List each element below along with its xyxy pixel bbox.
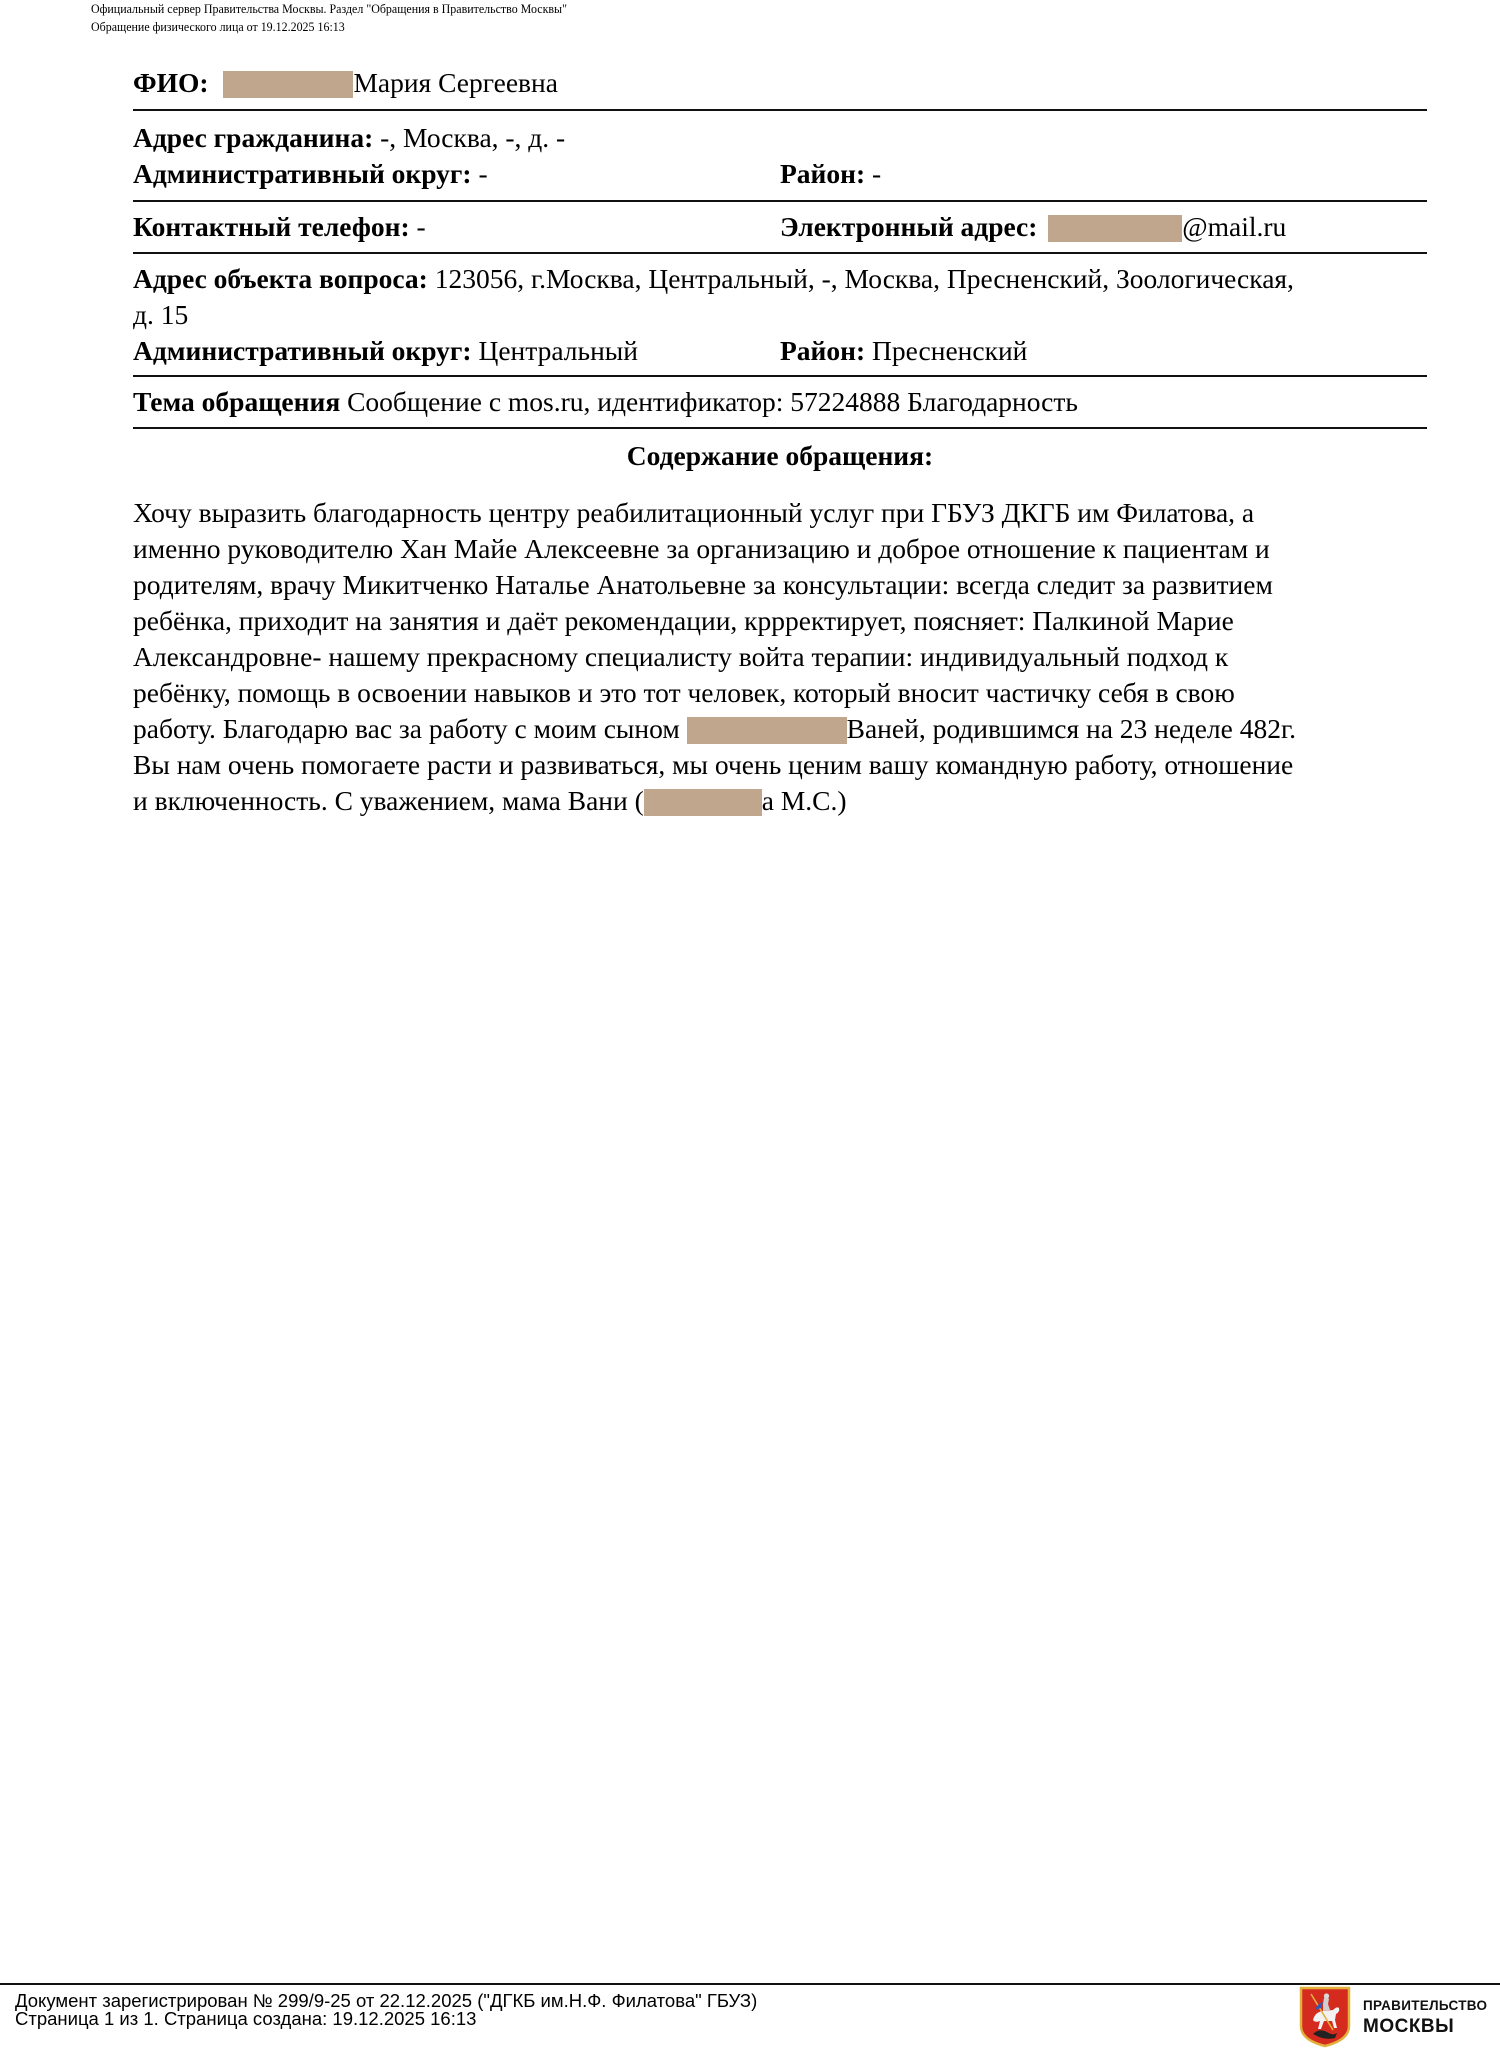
moscow-government-logo: ПРАВИТЕЛЬСТВО МОСКВЫ bbox=[1299, 1986, 1487, 2048]
text-line: работу. Благодарю вас за работу с моим с… bbox=[133, 711, 1427, 747]
topic-value: Сообщение с mos.ru, идентификатор: 57224… bbox=[340, 386, 1078, 417]
email-label: Электронный адрес: bbox=[780, 211, 1037, 242]
content-title: Содержание обращения: bbox=[133, 438, 1427, 474]
object-rayon-label: Район: bbox=[780, 335, 865, 366]
text-line: ребёнка, приходит на занятия и даёт реко… bbox=[133, 603, 1427, 639]
object-district-row: Административный округ: Центральный Райо… bbox=[133, 333, 1427, 369]
redacted-email-user bbox=[1048, 215, 1182, 242]
footer-info: Документ зарегистрирован № 299/9-25 от 2… bbox=[15, 1992, 757, 2028]
fio-row: ФИО: Мария Сергеевна bbox=[133, 65, 1427, 101]
phone-value: - bbox=[410, 211, 426, 242]
footer-divider bbox=[0, 1983, 1500, 1985]
citizen-rayon-label: Район: bbox=[780, 158, 865, 189]
document-header: Официальный сервер Правительства Москвы.… bbox=[91, 0, 608, 36]
redacted-surname bbox=[223, 71, 353, 98]
fio-value: Мария Сергеевна bbox=[353, 67, 558, 98]
object-okrug-label: Административный округ: bbox=[133, 335, 472, 366]
divider bbox=[133, 427, 1427, 429]
text-line: родителям, врачу Микитченко Наталье Анат… bbox=[133, 567, 1427, 603]
text-line: Александровне- нашему прекрасному специа… bbox=[133, 639, 1427, 675]
citizen-rayon-value: - bbox=[865, 158, 881, 189]
citizen-address-value: -, Москва, -, д. - bbox=[373, 122, 565, 153]
object-address-row-cont: д. 15 bbox=[133, 297, 1427, 333]
topic-row: Тема обращения Сообщение с mos.ru, идент… bbox=[133, 384, 1427, 420]
text-line: и включенность. С уважением, мама Вани (… bbox=[133, 783, 1427, 819]
phone-label: Контактный телефон: bbox=[133, 211, 410, 242]
object-rayon-value: Пресненский bbox=[865, 335, 1027, 366]
text-line: Хочу выразить благодарность центру реаби… bbox=[133, 495, 1427, 531]
logo-line-1: ПРАВИТЕЛЬСТВО bbox=[1363, 1996, 1487, 2016]
divider bbox=[133, 109, 1427, 111]
citizen-okrug-label: Административный округ: bbox=[133, 158, 472, 189]
header-appeal-date: Обращение физического лица от 19.12.2025… bbox=[91, 18, 567, 36]
topic-label: Тема обращения bbox=[133, 386, 340, 417]
redacted-child-surname bbox=[687, 717, 847, 744]
object-address-label: Адрес объекта вопроса: bbox=[133, 263, 428, 294]
moscow-coat-of-arms-icon bbox=[1299, 1986, 1351, 2048]
object-address-row: Адрес объекта вопроса: 123056, г.Москва,… bbox=[133, 261, 1427, 297]
citizen-address-label: Адрес гражданина: bbox=[133, 122, 373, 153]
text-line: Вы нам очень помогаете расти и развивать… bbox=[133, 747, 1427, 783]
logo-line-2: МОСКВЫ bbox=[1363, 2016, 1487, 2038]
contacts-row: Контактный телефон: - Электронный адрес:… bbox=[133, 209, 1427, 245]
divider bbox=[133, 200, 1427, 202]
divider bbox=[133, 375, 1427, 377]
citizen-district-row: Административный округ: - Район: - bbox=[133, 156, 1427, 192]
header-source: Официальный сервер Правительства Москвы.… bbox=[91, 0, 567, 18]
text-line: ребёнку, помощь в освоении навыков и это… bbox=[133, 675, 1427, 711]
object-okrug-value: Центральный bbox=[472, 335, 638, 366]
object-address-value: 123056, г.Москва, Центральный, -, Москва… bbox=[428, 263, 1294, 294]
logo-text: ПРАВИТЕЛЬСТВО МОСКВЫ bbox=[1363, 1996, 1487, 2038]
object-address-value-cont: д. 15 bbox=[133, 299, 188, 330]
email-value: @mail.ru bbox=[1182, 211, 1286, 242]
fio-label: ФИО: bbox=[133, 67, 209, 98]
divider bbox=[133, 252, 1427, 254]
appeal-form: ФИО: Мария Сергеевна Адрес гражданина: -… bbox=[133, 60, 1427, 819]
citizen-okrug-value: - bbox=[472, 158, 488, 189]
page-info: Страница 1 из 1. Страница создана: 19.12… bbox=[15, 2010, 757, 2028]
appeal-text: Хочу выразить благодарность центру реаби… bbox=[133, 495, 1427, 819]
text-line: именно руководителю Хан Майе Алексеевне … bbox=[133, 531, 1427, 567]
redacted-mother-surname bbox=[644, 789, 762, 816]
citizen-address-row: Адрес гражданина: -, Москва, -, д. - bbox=[133, 120, 1427, 156]
